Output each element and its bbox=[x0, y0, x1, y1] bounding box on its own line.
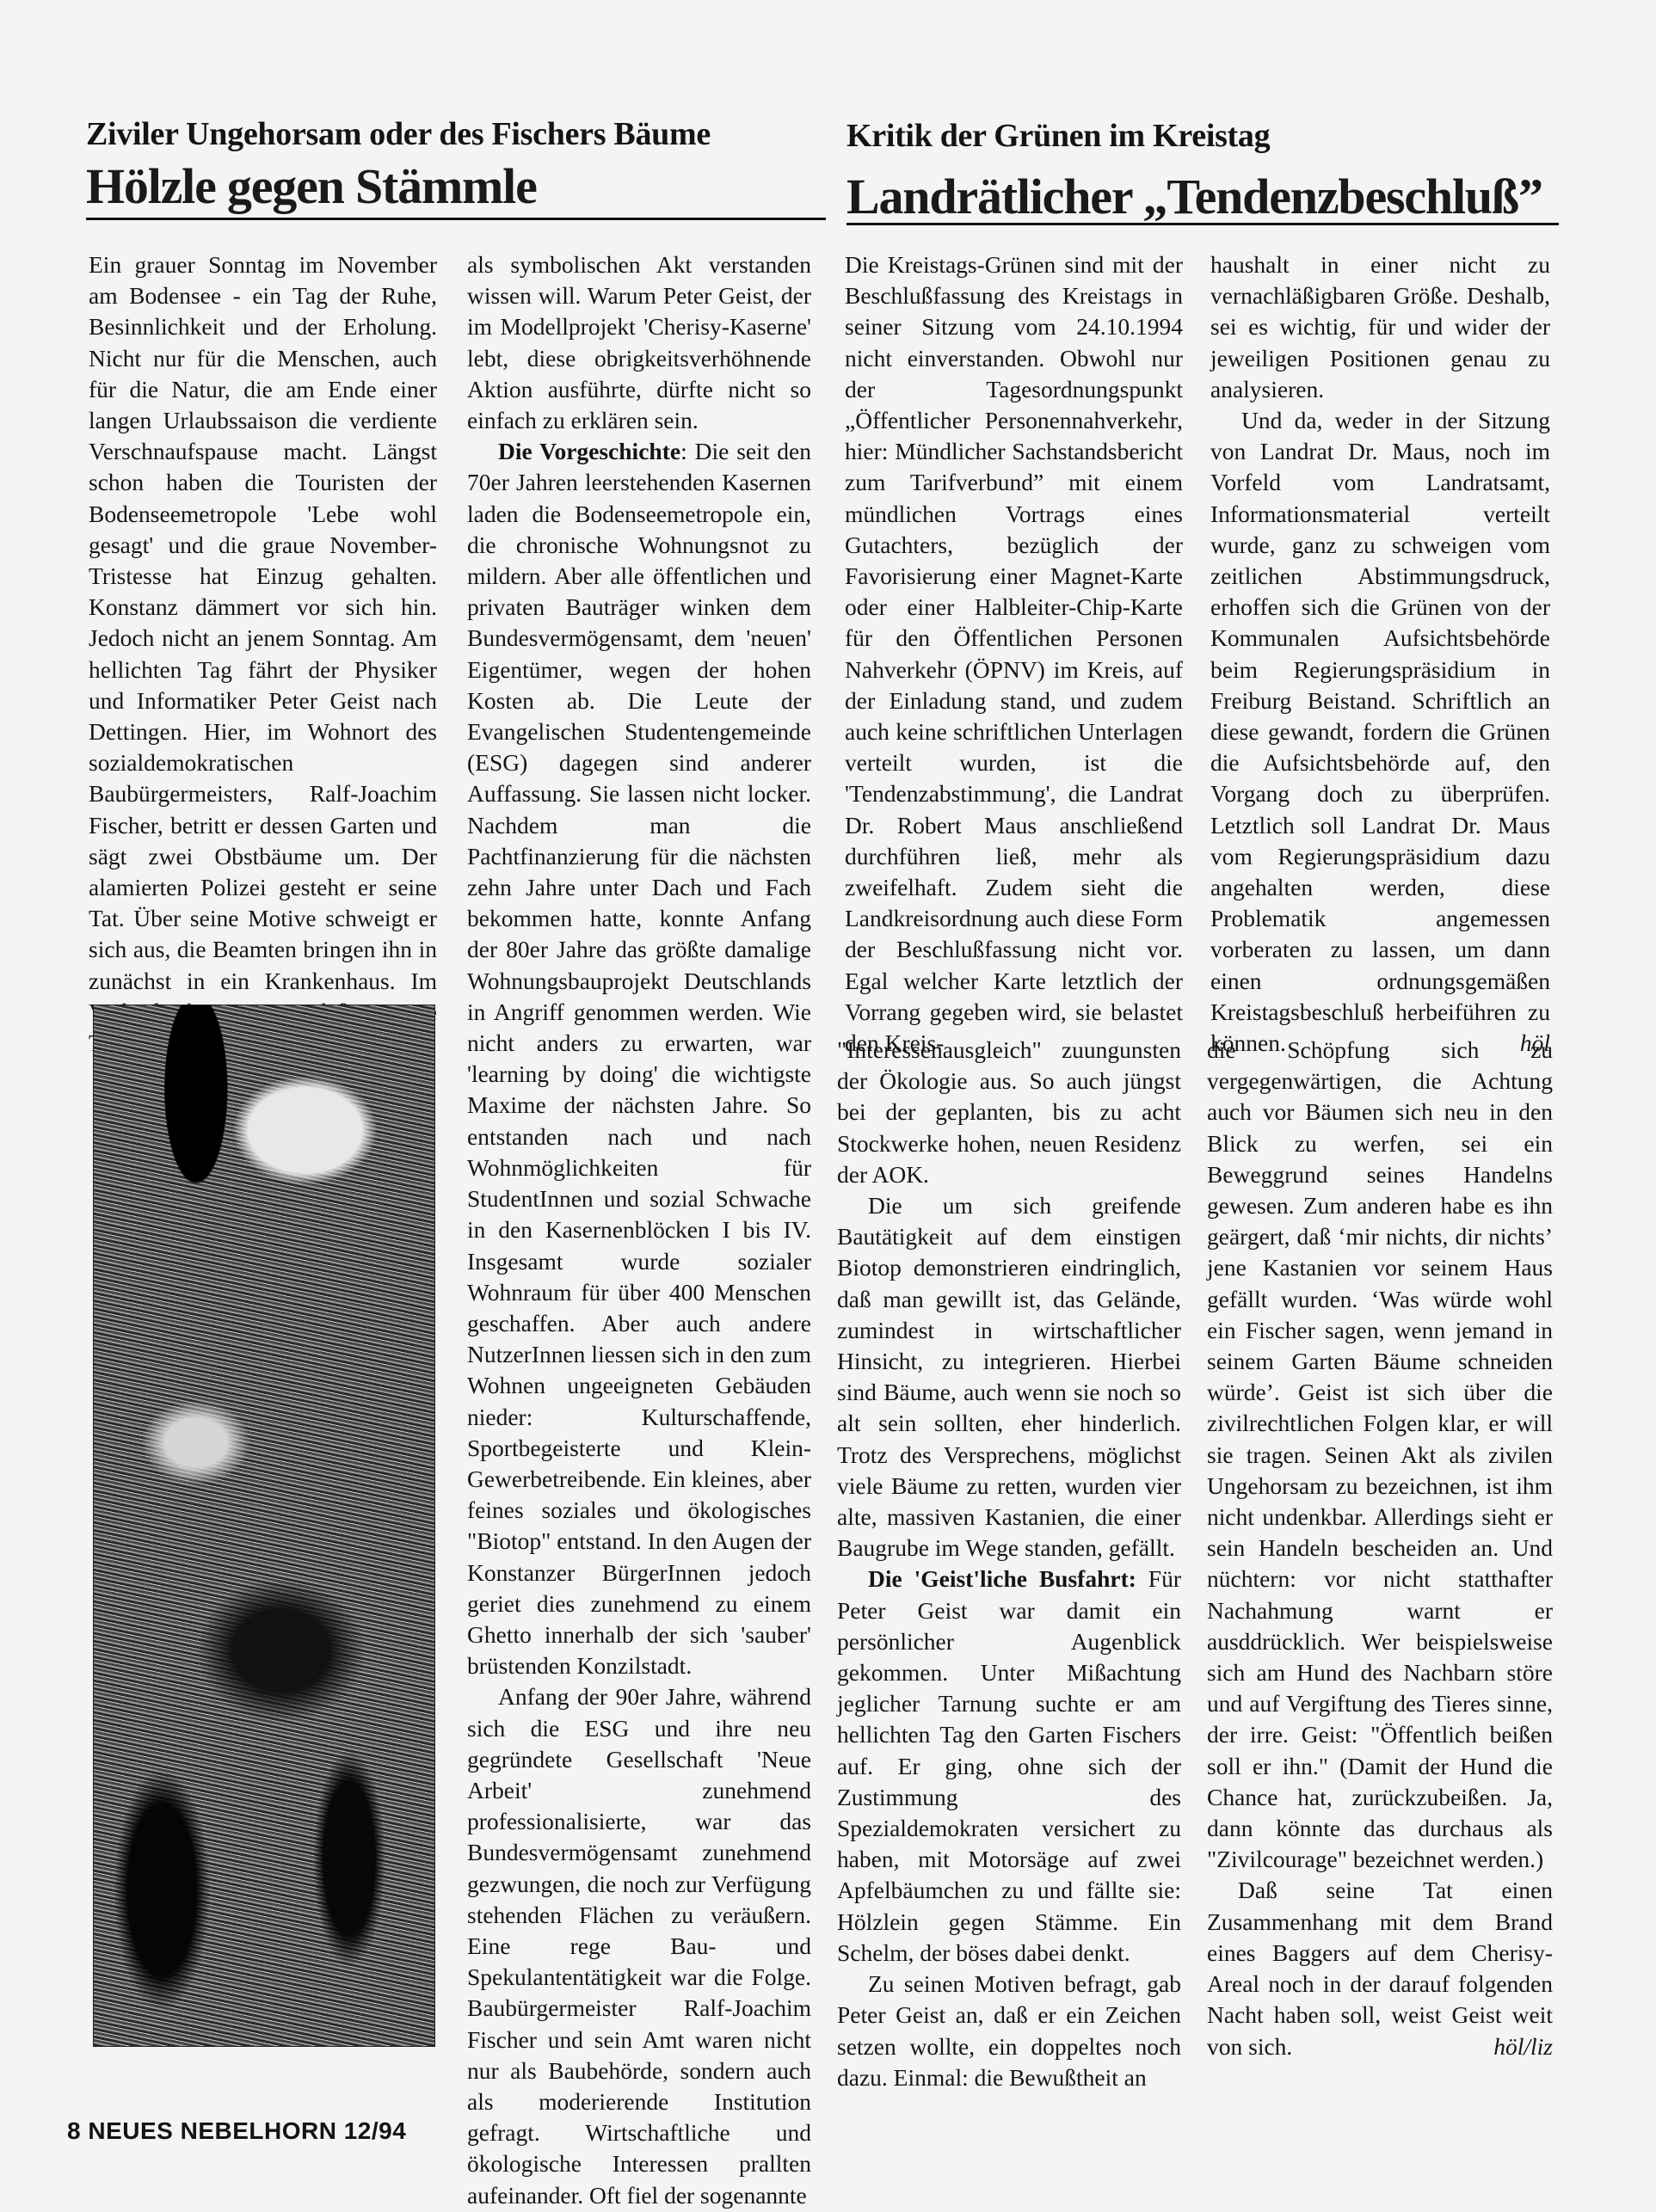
left-article-column-4: die Schöpfung sich zu vergegenwärtigen, … bbox=[1207, 1035, 1553, 2062]
paragraph: Anfang der 90er Jahre, während sich die … bbox=[467, 1681, 811, 2210]
right-headline-rule bbox=[846, 223, 1559, 225]
paragraph: "Interessenausgleich" zuungunsten der Ök… bbox=[837, 1035, 1181, 1190]
issue-number: 12/94 bbox=[344, 2117, 407, 2144]
left-headline-rule bbox=[86, 218, 826, 220]
paragraph: Die 'Geist'liche Busfahrt: Für Peter Gei… bbox=[837, 1564, 1181, 1969]
paragraph: Daß seine Tat einen Zusammenhang mit dem… bbox=[1207, 1875, 1553, 2061]
left-article-column-2: als symbolischen Akt verstanden wissen w… bbox=[467, 249, 811, 2211]
paragraph-text: : Die seit den 70er Jahren leerstehenden… bbox=[467, 438, 811, 1679]
page-footer: 8 NEUES NEBELHORN 12/94 bbox=[67, 2117, 406, 2145]
subheading-geistliche-busfahrt: Die 'Geist'liche Busfahrt: bbox=[868, 1565, 1136, 1592]
left-article-headline: Hölzle gegen Stämmle bbox=[86, 162, 537, 212]
paragraph: Die um sich greifende Bautätigkeit auf d… bbox=[837, 1190, 1181, 1564]
paragraph-text: Und da, weder in der Sitzung von Landrat… bbox=[1210, 407, 1550, 1056]
subheading-vorgeschichte: Die Vorgeschichte bbox=[498, 438, 680, 464]
paragraph: Ein grauer Sonntag im November am Bodens… bbox=[89, 249, 437, 1059]
paragraph: Die Kreistags-Grünen sind mit der Beschl… bbox=[845, 249, 1183, 1059]
paragraph: Die Vorgeschichte: Die seit den 70er Jah… bbox=[467, 436, 811, 1681]
left-article-column-1: Ein grauer Sonntag im November am Bodens… bbox=[89, 249, 437, 1059]
left-article-kicker: Ziviler Ungehorsam oder des Fischers Bäu… bbox=[86, 118, 711, 151]
page-number: 8 bbox=[67, 2117, 81, 2144]
left-article-column-3: "Interessenausgleich" zuungunsten der Ök… bbox=[837, 1035, 1181, 2093]
paragraph: haushalt in einer nicht zu vernachläßigb… bbox=[1210, 249, 1550, 405]
author-signature: höl/liz bbox=[1462, 2031, 1553, 2062]
right-article-kicker: Kritik der Grünen im Kreistag bbox=[846, 120, 1270, 152]
tree-bark-photo bbox=[93, 1005, 435, 2047]
right-article-column-1: Die Kreistags-Grünen sind mit der Beschl… bbox=[845, 249, 1183, 1059]
paragraph: Zu seinen Motiven befragt, gab Peter Gei… bbox=[837, 1969, 1181, 2093]
paragraph: die Schöpfung sich zu vergegenwärtigen, … bbox=[1207, 1035, 1553, 1875]
right-article-headline: Landrätlicher „Tendenzbeschluß” bbox=[846, 172, 1542, 222]
paragraph: als symbolischen Akt verstanden wissen w… bbox=[467, 249, 811, 436]
paragraph-text: Für Peter Geist war damit ein persönlich… bbox=[837, 1565, 1181, 1965]
paragraph: Und da, weder in der Sitzung von Landrat… bbox=[1210, 405, 1550, 1059]
right-article-column-2: haushalt in einer nicht zu vernachläßigb… bbox=[1210, 249, 1550, 1059]
publication-name: NEUES NEBELHORN bbox=[88, 2117, 336, 2144]
